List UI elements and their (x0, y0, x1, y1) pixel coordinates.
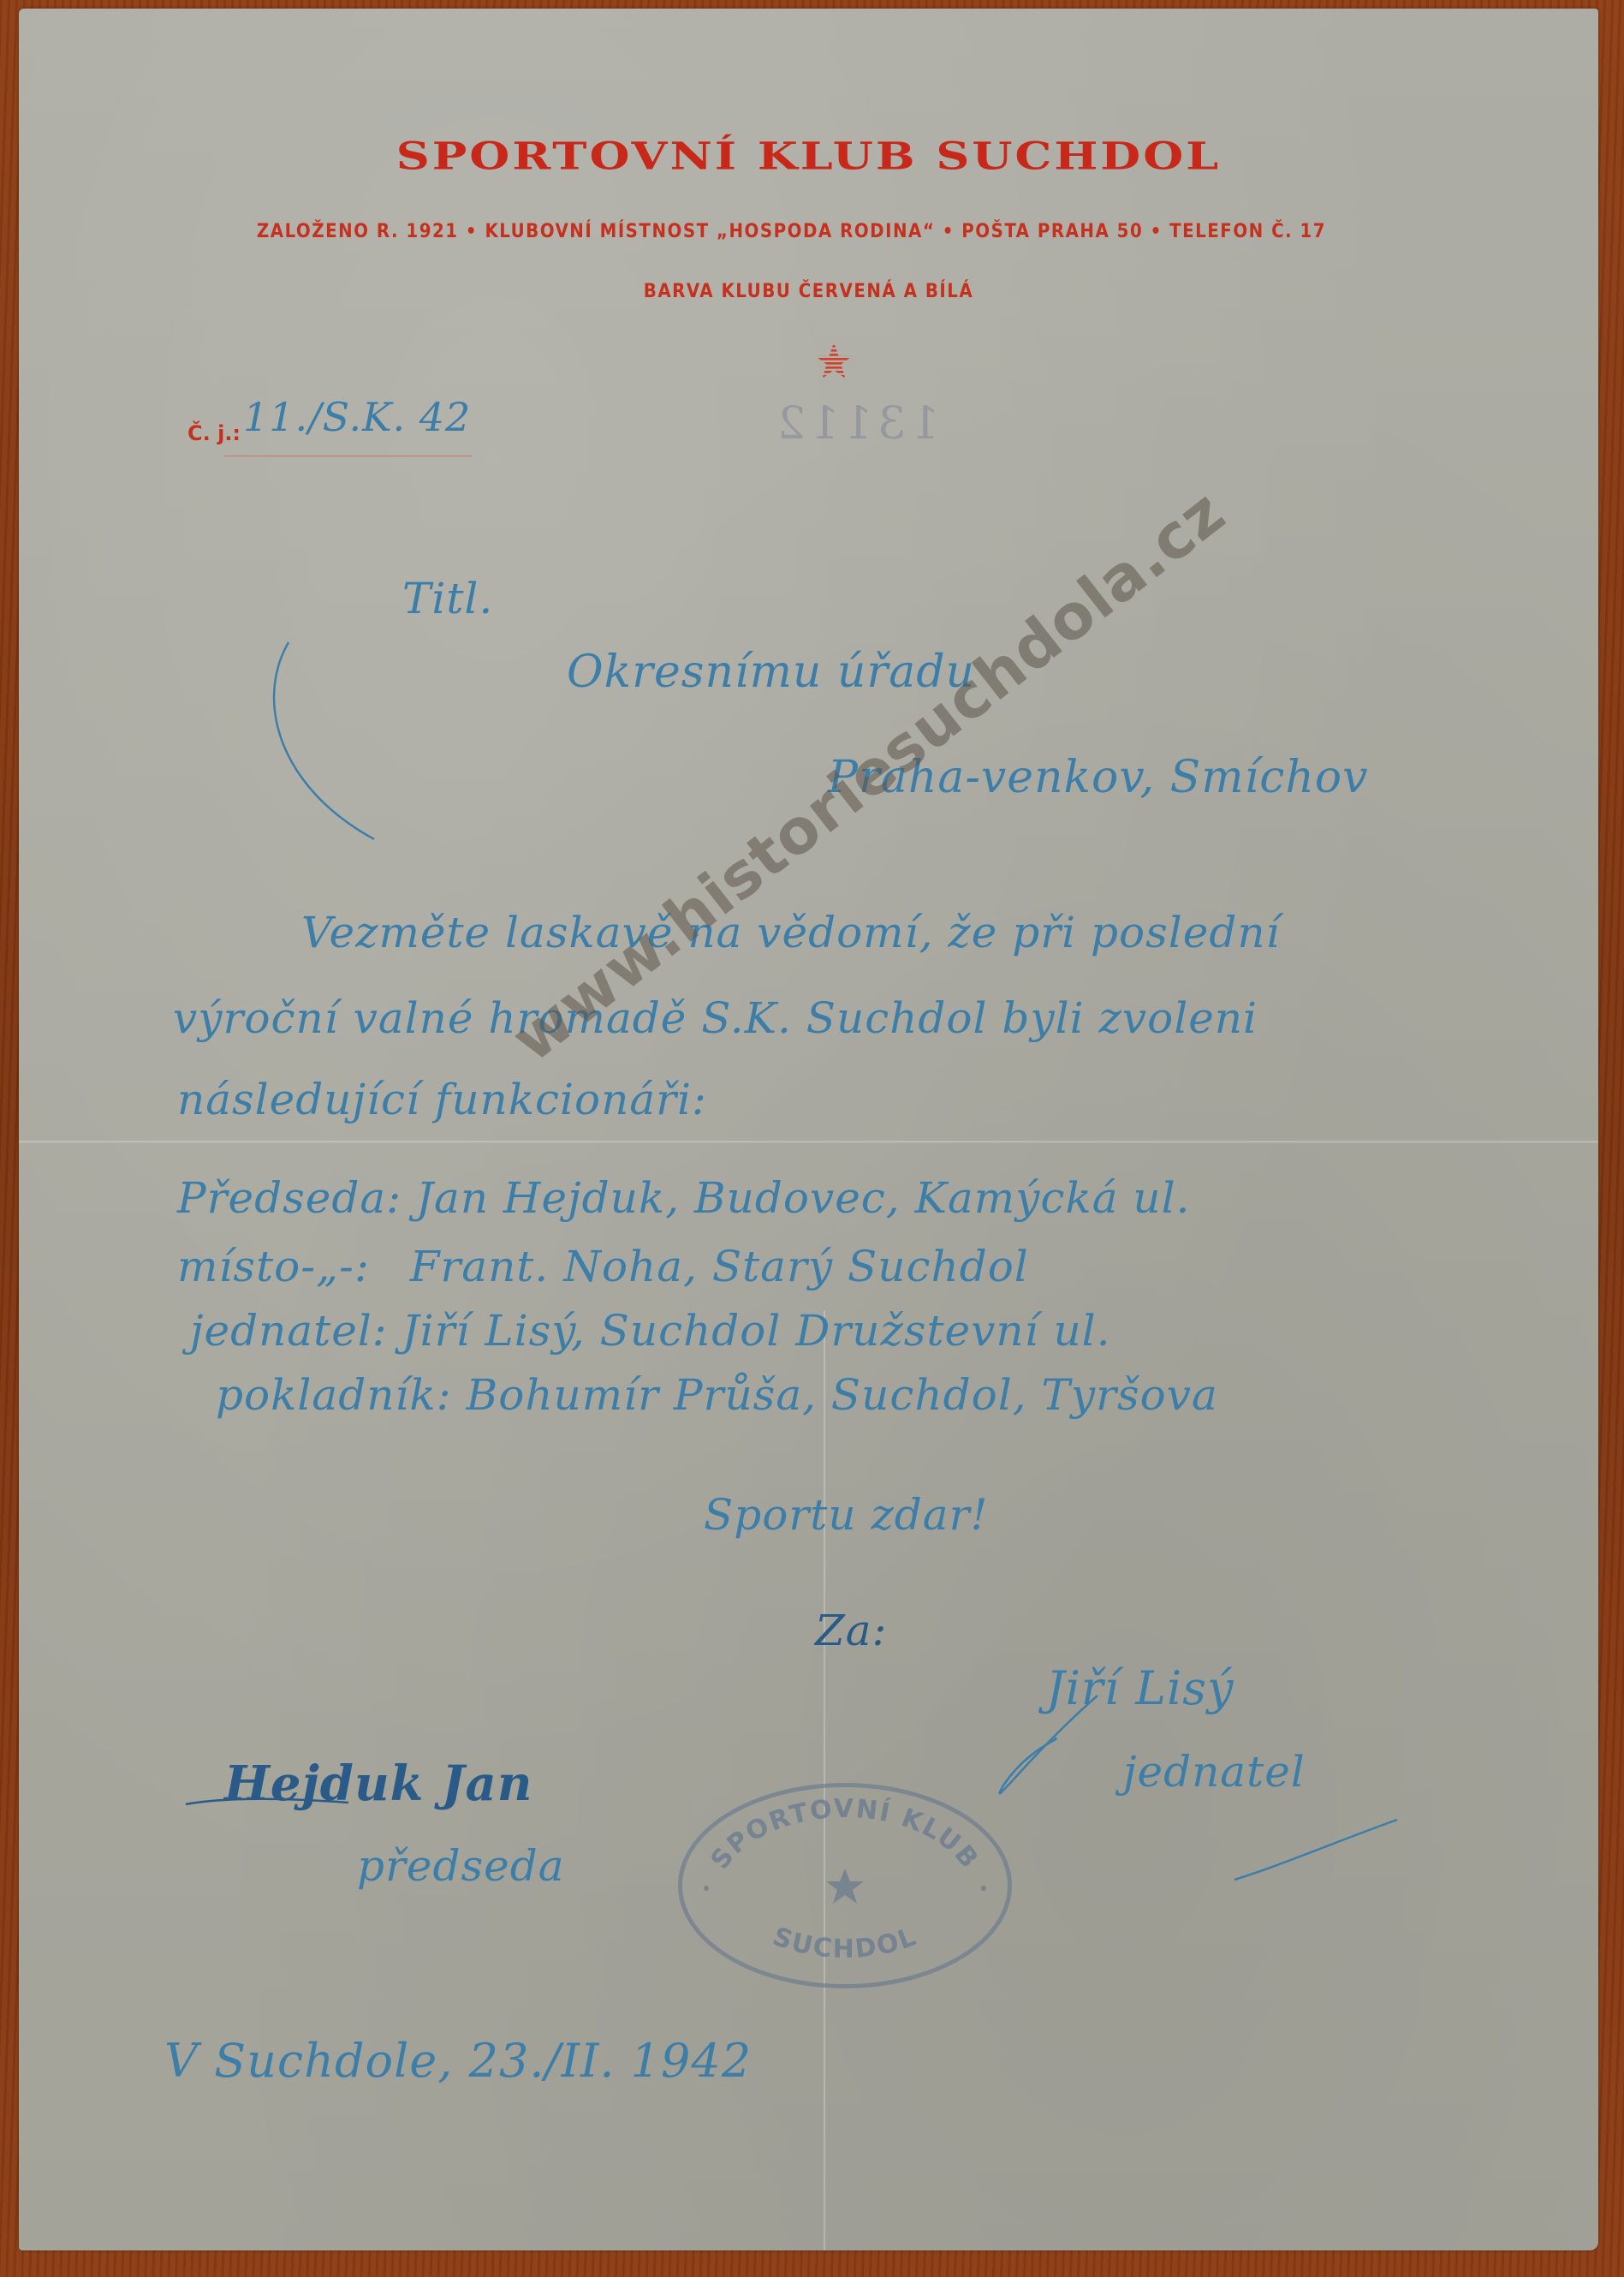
bracket-stroke (263, 625, 383, 848)
signature-underline-stroke (181, 1794, 353, 1811)
official-row-treasurer: pokladník: Bohumír Průša, Suchdol, Tyršo… (216, 1370, 1218, 1420)
club-colors-line: BARVA KLUBU ČERVENÁ A BÍLÁ (19, 281, 1598, 302)
reference-underline (224, 456, 473, 456)
red-star-icon (813, 341, 854, 382)
horizontal-fold-line (19, 1141, 1598, 1143)
official-role: pokladník: (216, 1370, 452, 1420)
salutation: Titl. (402, 574, 493, 623)
date-line: V Suchdole, 23./II. 1942 (164, 2034, 752, 2088)
closing-greeting: Sportu zdar! (704, 1490, 989, 1540)
svg-text:SUCHDOL: SUCHDOL (769, 1922, 921, 1964)
official-row-vice-chairman: místo-„-: Frant. Noha, Starý Suchdol (177, 1242, 1029, 1291)
body-line-3: následující funkcionáři: (177, 1075, 707, 1124)
letter-paper: SPORTOVNÍ KLUB SUCHDOL ZALOŽENO R. 1921 … (19, 9, 1598, 2250)
club-stamp: SPORTOVNÍ KLUB SUCHDOL (678, 1783, 1012, 1988)
official-details: Bohumír Průša, Suchdol, Tyršova (466, 1370, 1217, 1420)
vertical-fold-line (824, 1310, 825, 2250)
stamp-bottom-text: SUCHDOL (769, 1922, 921, 1964)
svg-text:SPORTOVNÍ KLUB: SPORTOVNÍ KLUB (705, 1794, 985, 1875)
for-label: Za: (815, 1606, 887, 1655)
reference-number: 11./S.K. 42 (243, 394, 471, 440)
official-role: Předseda: (177, 1173, 402, 1223)
official-row-secretary: jednatel: Jiří Lisý, Suchdol Družstevní … (190, 1306, 1111, 1356)
official-role: místo-„-: (177, 1242, 370, 1291)
bleed-through-number: 13112 (772, 398, 939, 450)
reference-label: Č. j.: (187, 421, 241, 445)
official-row-chairman: Předseda: Jan Hejduk, Budovec, Kamýcká u… (177, 1173, 1191, 1223)
letterhead-info-line: ZALOŽENO R. 1921 • KLUBOVNÍ MÍSTNOST „HO… (19, 221, 1598, 242)
body-line-2: výroční valné hromadě S.K. Suchdol byli … (173, 993, 1258, 1043)
chairman-title: předseda (357, 1841, 565, 1891)
club-name-heading: SPORTOVNÍ KLUB SUCHDOL (19, 134, 1598, 178)
stamp-star-icon (826, 1869, 864, 1904)
body-line-1: Vezměte laskavě na vědomí, že při posled… (301, 908, 1281, 957)
official-details: Frant. Noha, Starý Suchdol (410, 1242, 1029, 1291)
stamp-top-text: SPORTOVNÍ KLUB (705, 1794, 985, 1875)
official-details: Jan Hejduk, Budovec, Kamýcká ul. (416, 1173, 1191, 1223)
official-role: jednatel: (190, 1306, 388, 1356)
secretary-title: jednatel (1123, 1747, 1306, 1797)
recipient-office: Okresnímu úřadu (567, 647, 975, 698)
official-details: Jiří Lisý, Suchdol Družstevní ul. (402, 1306, 1111, 1356)
